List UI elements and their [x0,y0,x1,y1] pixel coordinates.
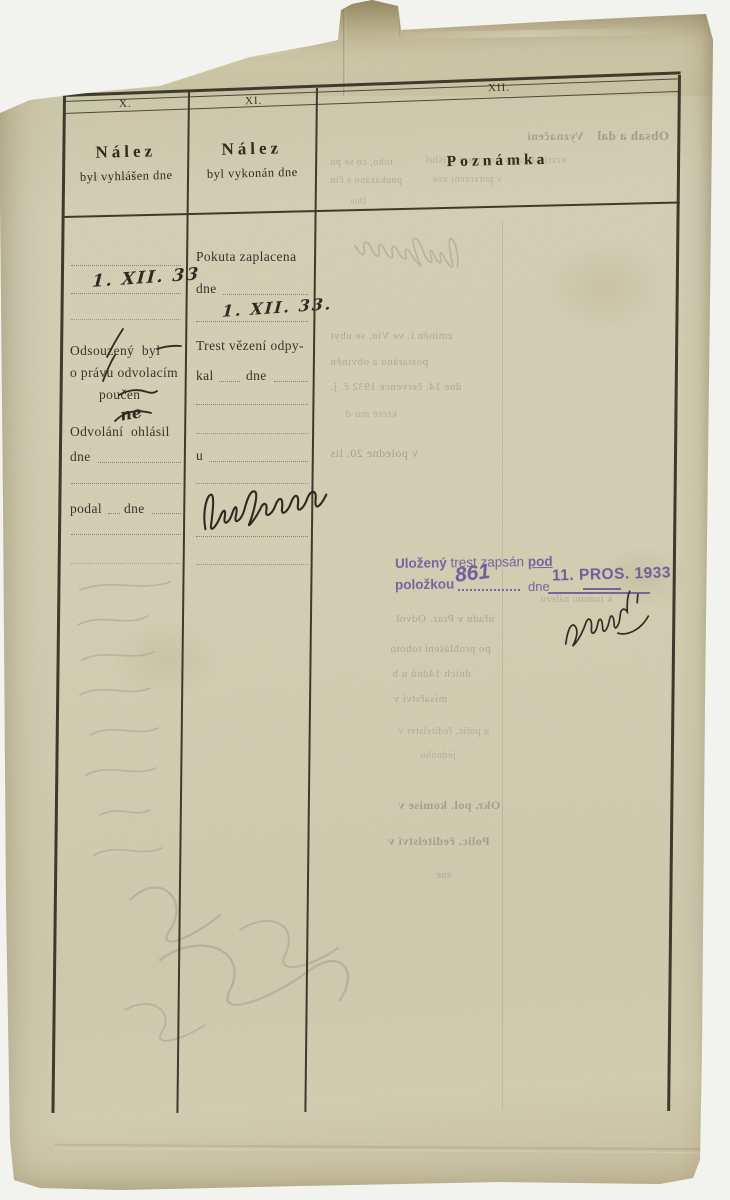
scanned-paper-sheet: Obsah a dalVyznačenímací a čintoho, co s… [0,0,730,1200]
edge-vignette [0,0,730,1200]
